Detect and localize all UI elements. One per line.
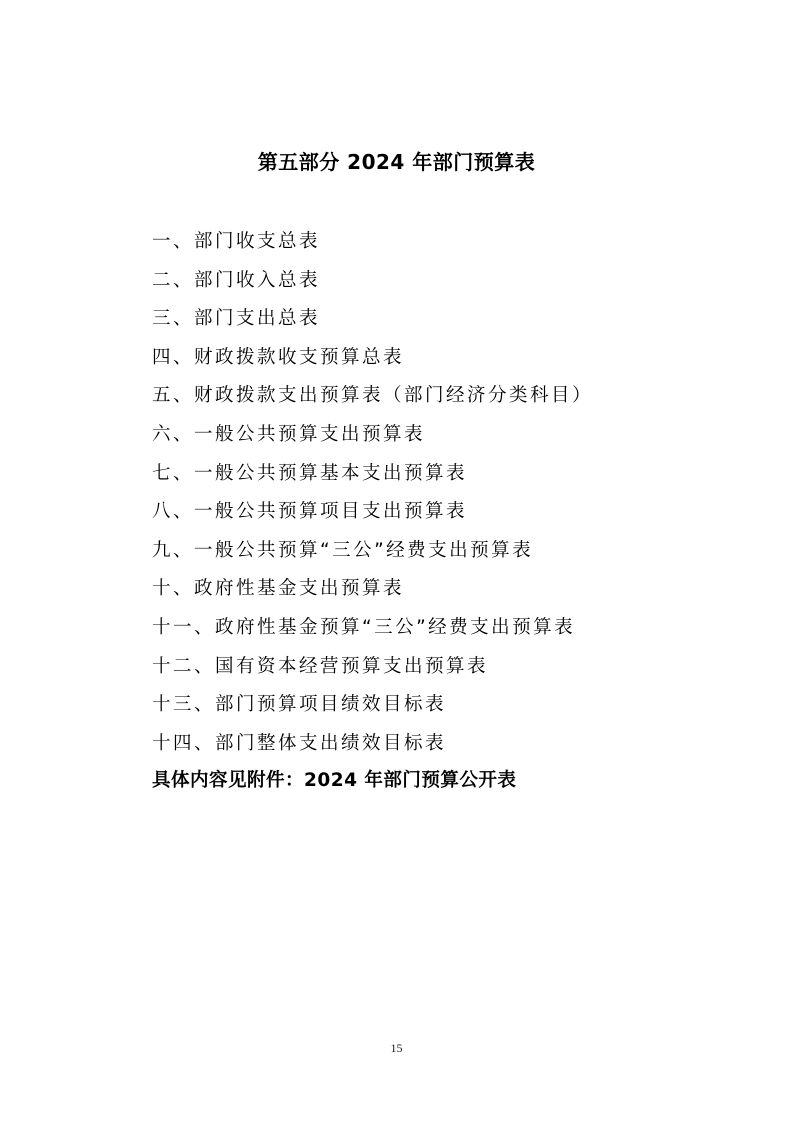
toc-item-number: 三、 [152, 308, 194, 329]
toc-item: 一、部门收支总表 [152, 229, 593, 268]
toc-item: 三、部门支出总表 [152, 306, 593, 345]
toc-item-label: 部门收支总表 [194, 231, 320, 252]
toc-item-number: 十四、 [152, 733, 215, 754]
toc-item-number: 五、 [152, 385, 194, 406]
toc-item: 十二、国有资本经营预算支出预算表 [152, 654, 593, 693]
toc-item-number: 十、 [152, 578, 194, 599]
toc-item-label: 部门预算项目绩效目标表 [215, 694, 446, 715]
toc-item-label: 政府性基金预算“三公”经费支出预算表 [215, 617, 575, 638]
toc-item-label: 一般公共预算项目支出预算表 [194, 501, 467, 522]
toc-item-number: 八、 [152, 501, 194, 522]
toc-item-number: 九、 [152, 540, 194, 561]
toc-item: 十四、部门整体支出绩效目标表 [152, 731, 593, 770]
page-title: 第五部分 2024 年部门预算表 [0, 148, 793, 176]
document-page: 第五部分 2024 年部门预算表 一、部门收支总表 二、部门收入总表 三、部门支… [0, 0, 793, 1122]
page-number: 15 [0, 1041, 793, 1056]
toc-item-number: 一、 [152, 231, 194, 252]
toc-item: 九、一般公共预算“三公”经费支出预算表 [152, 538, 593, 577]
toc-item-number: 四、 [152, 347, 194, 368]
toc-item-number: 十三、 [152, 694, 215, 715]
toc-item-label: 财政拨款支出预算表（部门经济分类科目） [194, 385, 593, 406]
toc-item: 七、一般公共预算基本支出预算表 [152, 461, 593, 500]
toc-item: 十、政府性基金支出预算表 [152, 576, 593, 615]
toc-item-label: 财政拨款收支预算总表 [194, 347, 404, 368]
toc-item-label: 一般公共预算基本支出预算表 [194, 463, 467, 484]
toc-item-number: 二、 [152, 270, 194, 291]
toc-item: 六、一般公共预算支出预算表 [152, 422, 593, 461]
toc-item-number: 十二、 [152, 656, 215, 677]
table-of-contents: 一、部门收支总表 二、部门收入总表 三、部门支出总表 四、财政拨款收支预算总表 … [152, 229, 593, 769]
toc-item-label: 部门收入总表 [194, 270, 320, 291]
toc-item: 五、财政拨款支出预算表（部门经济分类科目） [152, 383, 593, 422]
toc-item-label: 部门支出总表 [194, 308, 320, 329]
toc-item: 四、财政拨款收支预算总表 [152, 345, 593, 384]
toc-item-label: 部门整体支出绩效目标表 [215, 733, 446, 754]
toc-item-number: 十一、 [152, 617, 215, 638]
toc-item-label: 一般公共预算支出预算表 [194, 424, 425, 445]
toc-item: 十三、部门预算项目绩效目标表 [152, 692, 593, 731]
toc-item-number: 六、 [152, 424, 194, 445]
toc-item-label: 国有资本经营预算支出预算表 [215, 656, 488, 677]
attachment-note: 具体内容见附件：2024 年部门预算公开表 [152, 768, 516, 794]
toc-item: 八、一般公共预算项目支出预算表 [152, 499, 593, 538]
toc-item-label: 一般公共预算“三公”经费支出预算表 [194, 540, 533, 561]
toc-item-number: 七、 [152, 463, 194, 484]
toc-item: 十一、政府性基金预算“三公”经费支出预算表 [152, 615, 593, 654]
toc-item: 二、部门收入总表 [152, 268, 593, 307]
toc-item-label: 政府性基金支出预算表 [194, 578, 404, 599]
